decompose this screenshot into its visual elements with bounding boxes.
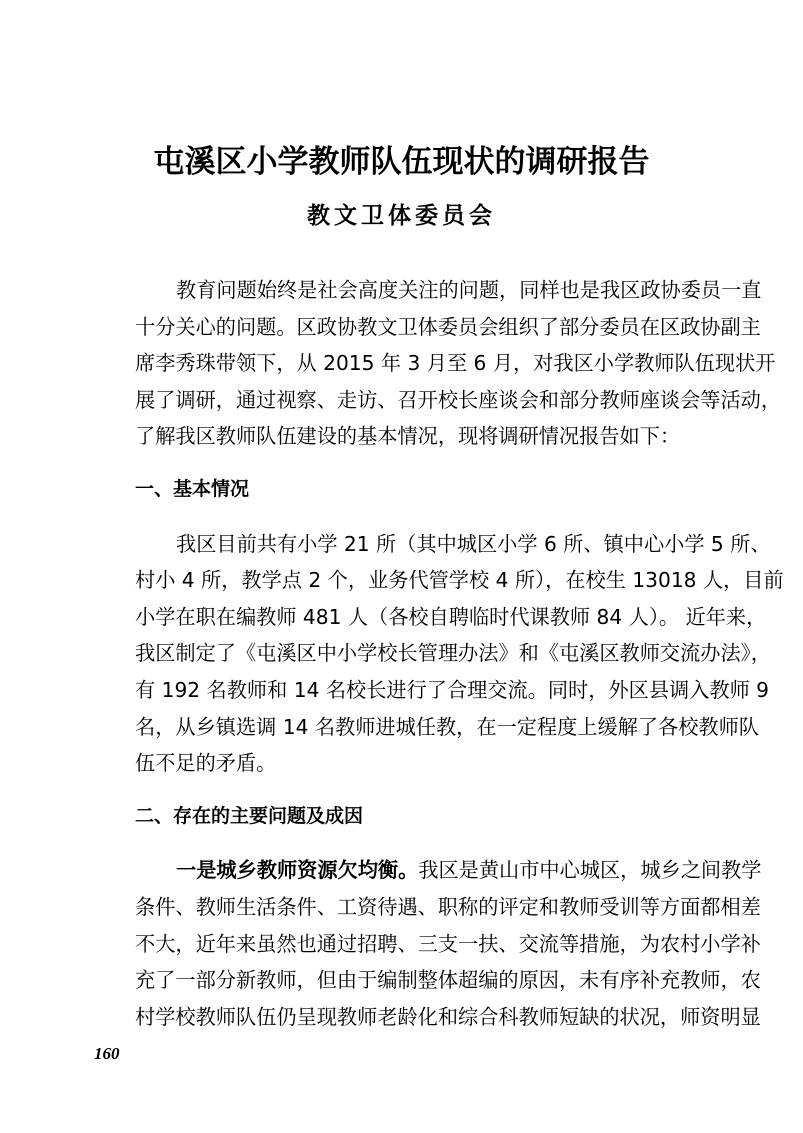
- text-line: 十分关心的问题。区政协教文卫体委员会组织了部分委员在区政协副主: [94, 309, 714, 346]
- document-body: 教育问题始终是社会高度关注的问题，同样也是我区政协委员一直 十分关心的问题。区政…: [94, 272, 714, 1035]
- text-line: 一是城乡教师资源欠均衡。我区是黄山市中心城区，城乡之间教学: [94, 852, 714, 889]
- text-line: 展了调研，通过视察、走访、召开校长座谈会和部分教师座谈会等活动，: [94, 382, 714, 419]
- text-line: 了解我区教师队伍建设的基本情况，现将调研情况报告如下：: [94, 418, 714, 455]
- text-line: 有 192 名教师和 14 名校长进行了合理交流。同时，外区县调入教师 9: [94, 672, 714, 709]
- text-line: 教育问题始终是社会高度关注的问题，同样也是我区政协委员一直: [94, 272, 714, 309]
- text-line: 小学在职在编教师 481 人（各校自聘临时代课教师 84 人）。 近年来，: [94, 599, 714, 636]
- document-title: 屯溪区小学教师队伍现状的调研报告: [0, 142, 803, 182]
- problem-one-text: 我区是黄山市中心城区，城乡之间教学: [418, 858, 761, 882]
- text-line: 充了一部分新教师，但由于编制整体超编的原因，未有序补充教师，农: [94, 962, 714, 999]
- text-line: 不大，近年来虽然也通过招聘、三支一扶、交流等措施，为农村小学补: [94, 926, 714, 963]
- text-line: 村小 4 所，教学点 2 个，业务代管学校 4 所），在校生 13018 人，目…: [94, 562, 714, 599]
- problem-one-lead: 一是城乡教师资源欠均衡。: [176, 858, 418, 882]
- document-page: 屯溪区小学教师队伍现状的调研报告 教文卫体委员会 教育问题始终是社会高度关注的问…: [0, 0, 803, 1133]
- text-line: 席李秀珠带领下，从 2015 年 3 月至 6 月，对我区小学教师队伍现状开: [94, 345, 714, 382]
- text-line: 条件、教师生活条件、工资待遇、职称的评定和教师受训等方面都相差: [94, 889, 714, 926]
- intro-paragraph: 教育问题始终是社会高度关注的问题，同样也是我区政协委员一直 十分关心的问题。区政…: [94, 272, 714, 455]
- problem-one-paragraph: 一是城乡教师资源欠均衡。我区是黄山市中心城区，城乡之间教学 条件、教师生活条件、…: [94, 852, 714, 1035]
- section-heading-main-problems: 二、存在的主要问题及成因: [94, 798, 714, 835]
- document-author: 教文卫体委员会: [0, 200, 803, 232]
- text-line: 我区制定了《屯溪区中小学校长管理办法》和《屯溪区教师交流办法》，: [94, 635, 714, 672]
- text-line: 伍不足的矛盾。: [94, 745, 714, 782]
- text-line: 名，从乡镇选调 14 名教师进城任教，在一定程度上缓解了各校教师队: [94, 709, 714, 746]
- section-heading-basic-situation: 一、基本情况: [94, 471, 714, 508]
- text-line: 我区目前共有小学 21 所（其中城区小学 6 所、镇中心小学 5 所、: [94, 526, 714, 563]
- text-line: 村学校教师队伍仍呈现教师老龄化和综合科教师短缺的状况，师资明显: [94, 999, 714, 1036]
- basic-situation-paragraph: 我区目前共有小学 21 所（其中城区小学 6 所、镇中心小学 5 所、 村小 4…: [94, 526, 714, 782]
- page-number: 160: [94, 1044, 120, 1064]
